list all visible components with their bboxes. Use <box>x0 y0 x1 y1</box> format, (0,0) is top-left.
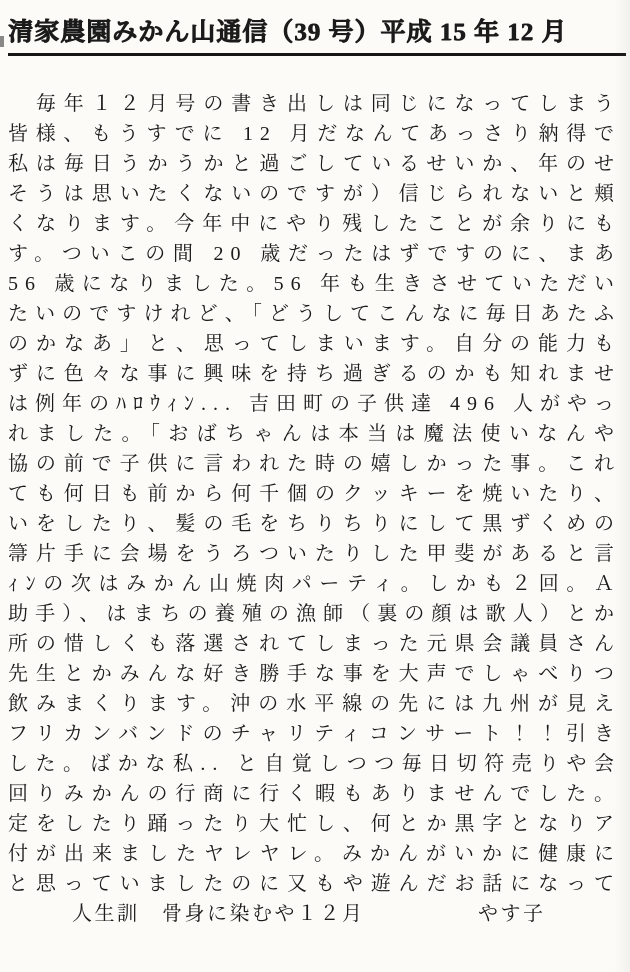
body-line: たいのですけれど、「どうしてこんなに毎日あたふたとした人生な <box>8 299 621 329</box>
body-line: れました。「おばちゃんは本当は魔法使いなんやろ？」と後日、農 <box>8 419 621 449</box>
body-line: 箒片手に会場をうろついたりした甲斐があると言うものです。ﾊﾛｳ <box>8 539 621 569</box>
body-line: そうは思いたくないのですが）信じられないと頬をつねってみた <box>8 179 621 209</box>
newsletter-body: 毎年１２月号の書き出しは同じになってしまう様な気がします。皆様、もうすでに 12… <box>8 89 621 899</box>
body-line: 56 歳になりました。56 年も生きさせていただいたと思えばありが <box>8 269 621 299</box>
body-line: 皆様、もうすでに 12 月だなんてあっさり納得できますでしょうか。 <box>8 119 621 149</box>
body-line: 付が出来ましたヤレヤレ。みかんがいかに健康にいいかを書こう <box>8 839 621 869</box>
body-line: 助手）、はまちの養殖の漁師（裏の顔は歌人）とか酪農家とか、近 <box>8 599 621 629</box>
body-line: 毎年１２月号の書き出しは同じになってしまう様な気がします。 <box>8 89 621 119</box>
scan-artifact <box>0 36 4 47</box>
body-line: 協の前で子供に言われた時の嬉しかった事。これだから、忙しく <box>8 449 621 479</box>
body-line: 先生とかみんな好き勝手な事を大声でしゃべりつつ、食べまくり <box>8 659 621 689</box>
newsletter-page: 清家農園みかん山通信（39 号）平成 15 年 12 月 毎年１２月号の書き出し… <box>0 0 630 972</box>
body-line: す。ついこの間 20 歳だったはずですのに、まあなんと、先月には <box>8 239 621 269</box>
body-line: ずに色々な事に興味を持ち過ぎるのかも知れません。で、10 月に <box>8 359 621 389</box>
closing-line: 人生訓 骨身に染むや１２月 やす子 <box>8 899 621 929</box>
body-line: 所の惜しくも落選されてしまった元県会議員さんとか養護学校の <box>8 629 621 659</box>
body-line: 飲みまくります。沖の水平線の先には九州が見えます。11 月.. ア <box>8 689 621 719</box>
body-line: は例年のﾊﾛｳｨﾝ... 吉田町の子供達 496 人がやってきて楽しんでく <box>8 389 621 419</box>
body-line: くなります。今年中にやり残したことが余りにも多すぎるからで <box>8 209 621 239</box>
body-line: 定をしたり踊ったり大忙し、何とか黒字となりアフリカ難民に寄 <box>8 809 621 839</box>
body-line: のかなあ」と、思ってしまいます。自分の能力も年齢もわきまえ <box>8 329 621 359</box>
signature: やす子 <box>478 903 546 925</box>
body-line: いをしたり、髪の毛をちりちりにして黒ずくめのロングの服で竹 <box>8 509 621 539</box>
body-line: した。ばかな私.. と自覚しつつ毎日切符売りや会場の手配に走り <box>8 749 621 779</box>
body-line: 私は毎日うかうかと過ごしているせいか、年のせいか（どちらも <box>8 149 621 179</box>
body-line: フリカンバンドのチャリティコンサート！！引き受けてしまいま <box>8 719 621 749</box>
body-line: 回りみかんの行商に行く暇もありませんでした。当日はお金の勘 <box>8 779 621 809</box>
body-line: と思っていましたのに又もや遊んだお話になってしまいました。 <box>8 869 621 899</box>
body-line: ても何日も前から何千個のクッキーを焼いたり、何十人前のお賄 <box>8 479 621 509</box>
life-motto: 人生訓 骨身に染むや１２月 <box>72 903 365 925</box>
newsletter-title: 清家農園みかん山通信（39 号）平成 15 年 12 月 <box>8 0 626 56</box>
body-line: ｨﾝの次はみかん山焼肉パーティ。しかも２回。ＡＬＴ（英語指導 <box>8 569 621 599</box>
